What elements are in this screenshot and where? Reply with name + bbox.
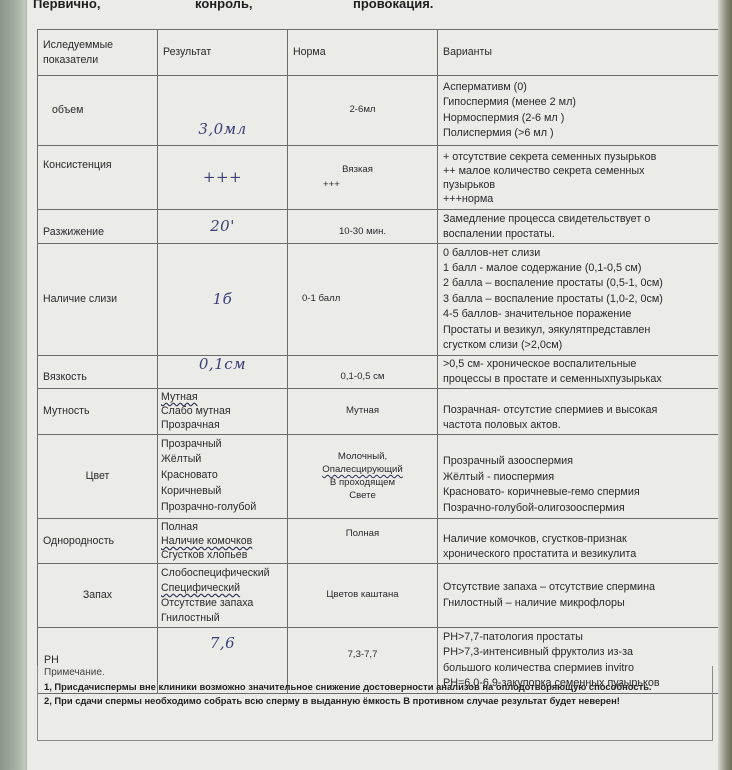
column-header-result: Результат	[158, 30, 288, 76]
result-options: Прозрачный Жёлтый Красновато Коричневый …	[158, 434, 288, 518]
table-row: Разжижение 20' 10-30 мин. Замедление про…	[38, 210, 720, 244]
variants-cell: Наличие комочков, сгустков-признак хрони…	[438, 518, 720, 564]
notes-section: Примечание. 1, Присдачиспермы вне клиник…	[37, 666, 713, 741]
norm-cell: Цветов каштана	[288, 564, 438, 628]
parameter-cell: Консистенция	[38, 146, 158, 210]
option-selected[interactable]: Специфический	[161, 581, 282, 596]
handwritten-result: 20'	[158, 210, 288, 244]
column-header-norm: Норма	[288, 30, 438, 76]
norm-cell: 0-1 балл	[288, 244, 438, 356]
option[interactable]: Жёлтый	[161, 452, 282, 468]
note-item: 1, Присдачиспермы вне клиники возможно з…	[44, 680, 706, 694]
column-header-parameter: Иследуеммые показатели	[38, 30, 158, 76]
parameter-cell: Цвет	[38, 434, 158, 518]
results-table: Иследуеммые показатели Результат Норма В…	[37, 29, 720, 694]
table-row: Однородность Полная Наличие комочков Сгу…	[38, 518, 720, 564]
background-edge	[718, 0, 732, 770]
table-row: Вязкость 0,1см 0,1-0,5 см >0,5 см- хрони…	[38, 356, 720, 389]
table-row: Мутность Мутная Слабо мутная Прозрачная …	[38, 389, 720, 435]
handwritten-result: 0,1см	[158, 356, 288, 389]
parameter-cell: Мутность	[38, 389, 158, 435]
option-provocation: провокация.	[353, 0, 433, 11]
option-primary: Первично,	[33, 0, 100, 11]
option[interactable]: Слабо мутная	[161, 404, 282, 418]
variants-cell: + отсутствие секрета семенных пузырьков …	[438, 146, 720, 210]
note-item: 2, При сдачи спермы необходимо собрать в…	[44, 694, 706, 708]
parameter-cell: Однородность	[38, 518, 158, 564]
variants-cell: Замедление процесса свидетельствует о во…	[438, 210, 720, 244]
result-options: Мутная Слабо мутная Прозрачная	[158, 389, 288, 435]
option-selected[interactable]: Мутная	[161, 390, 282, 404]
table-row: Наличие слизи 1б 0-1 балл 0 баллов-нет с…	[38, 244, 720, 356]
notes-label: Примечание.	[44, 666, 706, 680]
norm-cell: Полная	[288, 518, 438, 564]
result-options: Полная Наличие комочков Сгустков хлопьев	[158, 518, 288, 564]
option[interactable]: Сгустков хлопьев	[161, 548, 282, 562]
handwritten-result: 3,0мл	[158, 76, 288, 146]
norm-cell: 2-6мл	[288, 76, 438, 146]
norm-cell: 0,1-0,5 см	[288, 356, 438, 389]
parameter-cell: Вязкость	[38, 356, 158, 389]
column-header-variants: Варианты	[438, 30, 720, 76]
option[interactable]: Прозрачно-голубой	[161, 500, 282, 516]
variants-cell: Отсутствие запаха – отсутствие спермина …	[438, 564, 720, 628]
table-row: Консистенция +++ Вязкая +++ + отсутствие…	[38, 146, 720, 210]
option[interactable]: Красновато	[161, 468, 282, 484]
result-options: Слобоспецифический Специфический Отсутст…	[158, 564, 288, 628]
norm-cell: Вязкая +++	[288, 146, 438, 210]
option[interactable]: Прозрачная	[161, 418, 282, 432]
option[interactable]: Полная	[161, 520, 282, 534]
parameter-cell: Разжижение	[38, 210, 158, 244]
option[interactable]: Прозрачный	[161, 437, 282, 453]
form-sheet: Первично, конроль, провокация. Иследуемм…	[26, 0, 722, 770]
table-row: Цвет Прозрачный Жёлтый Красновато Коричн…	[38, 434, 720, 518]
norm-cell: Мутная	[288, 389, 438, 435]
option-control: конроль,	[195, 0, 253, 11]
variants-cell: Прозрачный азооспермия Жёлтый - пиосперм…	[438, 434, 720, 518]
handwritten-result: +++	[158, 146, 288, 210]
table-header-row: Иследуеммые показатели Результат Норма В…	[38, 30, 720, 76]
option[interactable]: Коричневый	[161, 484, 282, 500]
option[interactable]: Слобоспецифический	[161, 566, 282, 581]
handwritten-result: 1б	[158, 244, 288, 356]
option[interactable]: Гнилостный	[161, 611, 282, 626]
parameter-cell: объем	[38, 76, 158, 146]
table-row: объем 3,0мл 2-6мл Аспермативм (0) Гипосп…	[38, 76, 720, 146]
variants-cell: Аспермативм (0) Гипоспермия (менее 2 мл)…	[438, 76, 720, 146]
option-selected[interactable]: Наличие комочков	[161, 534, 282, 548]
parameter-cell: Наличие слизи	[38, 244, 158, 356]
option[interactable]: Отсутствие запаха	[161, 596, 282, 611]
variants-cell: 0 баллов-нет слизи 1 балл - малое содерж…	[438, 244, 720, 356]
parameter-cell: Запах	[38, 564, 158, 628]
variants-cell: Позрачная- отсутстие спермиев и высокая …	[438, 389, 720, 435]
norm-cell: Молочный, Опалесцирующий В проходящем Св…	[288, 434, 438, 518]
variants-cell: >0,5 см- хроническое воспалительные проц…	[438, 356, 720, 389]
norm-cell: 10-30 мин.	[288, 210, 438, 244]
table-row: Запах Слобоспецифический Специфический О…	[38, 564, 720, 628]
